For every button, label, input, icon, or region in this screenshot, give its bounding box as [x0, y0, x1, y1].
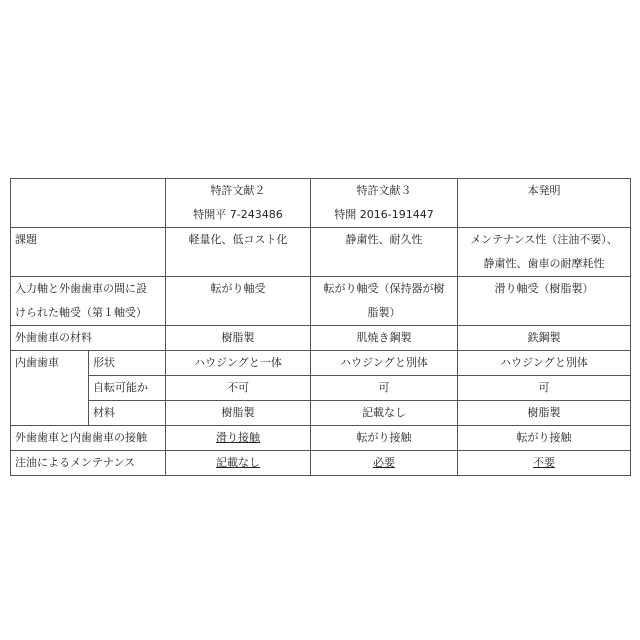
cell: 樹脂製	[166, 401, 311, 426]
header-present-invention: 本発明	[458, 179, 631, 228]
cell: 滑り軸受（樹脂製）	[458, 277, 631, 326]
cell: 記載なし	[311, 401, 458, 426]
sub-label: 材料	[89, 401, 166, 426]
header-title: 本発明	[462, 179, 626, 203]
header-number: 特開平 7-243486	[170, 203, 306, 227]
row-label-inner-gear: 内歯歯車	[11, 351, 89, 426]
cell: 不可	[166, 376, 311, 401]
row-label: 外歯歯車と内歯歯車の接触	[11, 426, 166, 451]
header-number: 特開 2016-191447	[315, 203, 453, 227]
cell: 静粛性、耐久性	[311, 228, 458, 277]
row-label: 課題	[11, 228, 166, 277]
row-inner-rotatable: 自転可能か 不可 可 可	[11, 376, 631, 401]
row-label: 外歯歯車の材料	[11, 326, 166, 351]
cell-line: 静粛性、歯車の耐摩耗性	[462, 252, 626, 276]
header-row: 特許文献２ 特開平 7-243486 特許文献３ 特開 2016-191447 …	[11, 179, 631, 228]
cell: 転がり接触	[311, 426, 458, 451]
cell: 鉄鋼製	[458, 326, 631, 351]
sub-label: 自転可能か	[89, 376, 166, 401]
cell: メンテナンス性（注油不要）、 静粛性、歯車の耐摩耗性	[458, 228, 631, 277]
header-empty-cell	[11, 179, 166, 228]
cell: 転がり軸受	[166, 277, 311, 326]
header-title: 特許文献３	[315, 179, 453, 203]
cell: 記載なし	[166, 451, 311, 476]
cell: 可	[311, 376, 458, 401]
label-line: 入力軸と外歯歯車の間に設	[15, 277, 161, 301]
cell: 必要	[311, 451, 458, 476]
row-maintenance: 注油によるメンテナンス 記載なし 必要 不要	[11, 451, 631, 476]
header-patent-doc-2: 特許文献２ 特開平 7-243486	[166, 179, 311, 228]
cell-line: 脂製）	[315, 301, 453, 325]
cell: 樹脂製	[166, 326, 311, 351]
cell: 転がり接触	[458, 426, 631, 451]
sub-label: 形状	[89, 351, 166, 376]
label-line: けられた軸受（第１軸受）	[15, 301, 161, 325]
cell: 可	[458, 376, 631, 401]
row-label: 入力軸と外歯歯車の間に設 けられた軸受（第１軸受）	[11, 277, 166, 326]
row-contact: 外歯歯車と内歯歯車の接触 滑り接触 転がり接触 転がり接触	[11, 426, 631, 451]
row-issue: 課題 軽量化、低コスト化 静粛性、耐久性 メンテナンス性（注油不要）、 静粛性、…	[11, 228, 631, 277]
row-label: 注油によるメンテナンス	[11, 451, 166, 476]
cell-line: 転がり軸受（保持器が樹	[315, 277, 453, 301]
underlined-value: 不要	[533, 456, 555, 469]
cell: 肌焼き鋼製	[311, 326, 458, 351]
underlined-value: 滑り接触	[216, 431, 260, 444]
cell: 転がり軸受（保持器が樹 脂製）	[311, 277, 458, 326]
header-title: 特許文献２	[170, 179, 306, 203]
cell: 不要	[458, 451, 631, 476]
row-inner-material: 材料 樹脂製 記載なし 樹脂製	[11, 401, 631, 426]
underlined-value: 記載なし	[216, 456, 260, 469]
underlined-value: 必要	[373, 456, 395, 469]
row-bearing: 入力軸と外歯歯車の間に設 けられた軸受（第１軸受） 転がり軸受 転がり軸受（保持…	[11, 277, 631, 326]
cell: ハウジングと別体	[458, 351, 631, 376]
cell: 滑り接触	[166, 426, 311, 451]
cell: 軽量化、低コスト化	[166, 228, 311, 277]
cell: ハウジングと別体	[311, 351, 458, 376]
header-patent-doc-3: 特許文献３ 特開 2016-191447	[311, 179, 458, 228]
cell: ハウジングと一体	[166, 351, 311, 376]
cell-line: メンテナンス性（注油不要）、	[462, 228, 626, 252]
row-inner-shape: 内歯歯車 形状 ハウジングと一体 ハウジングと別体 ハウジングと別体	[11, 351, 631, 376]
cell: 樹脂製	[458, 401, 631, 426]
row-outer-material: 外歯歯車の材料 樹脂製 肌焼き鋼製 鉄鋼製	[11, 326, 631, 351]
comparison-table: 特許文献２ 特開平 7-243486 特許文献３ 特開 2016-191447 …	[10, 178, 631, 476]
